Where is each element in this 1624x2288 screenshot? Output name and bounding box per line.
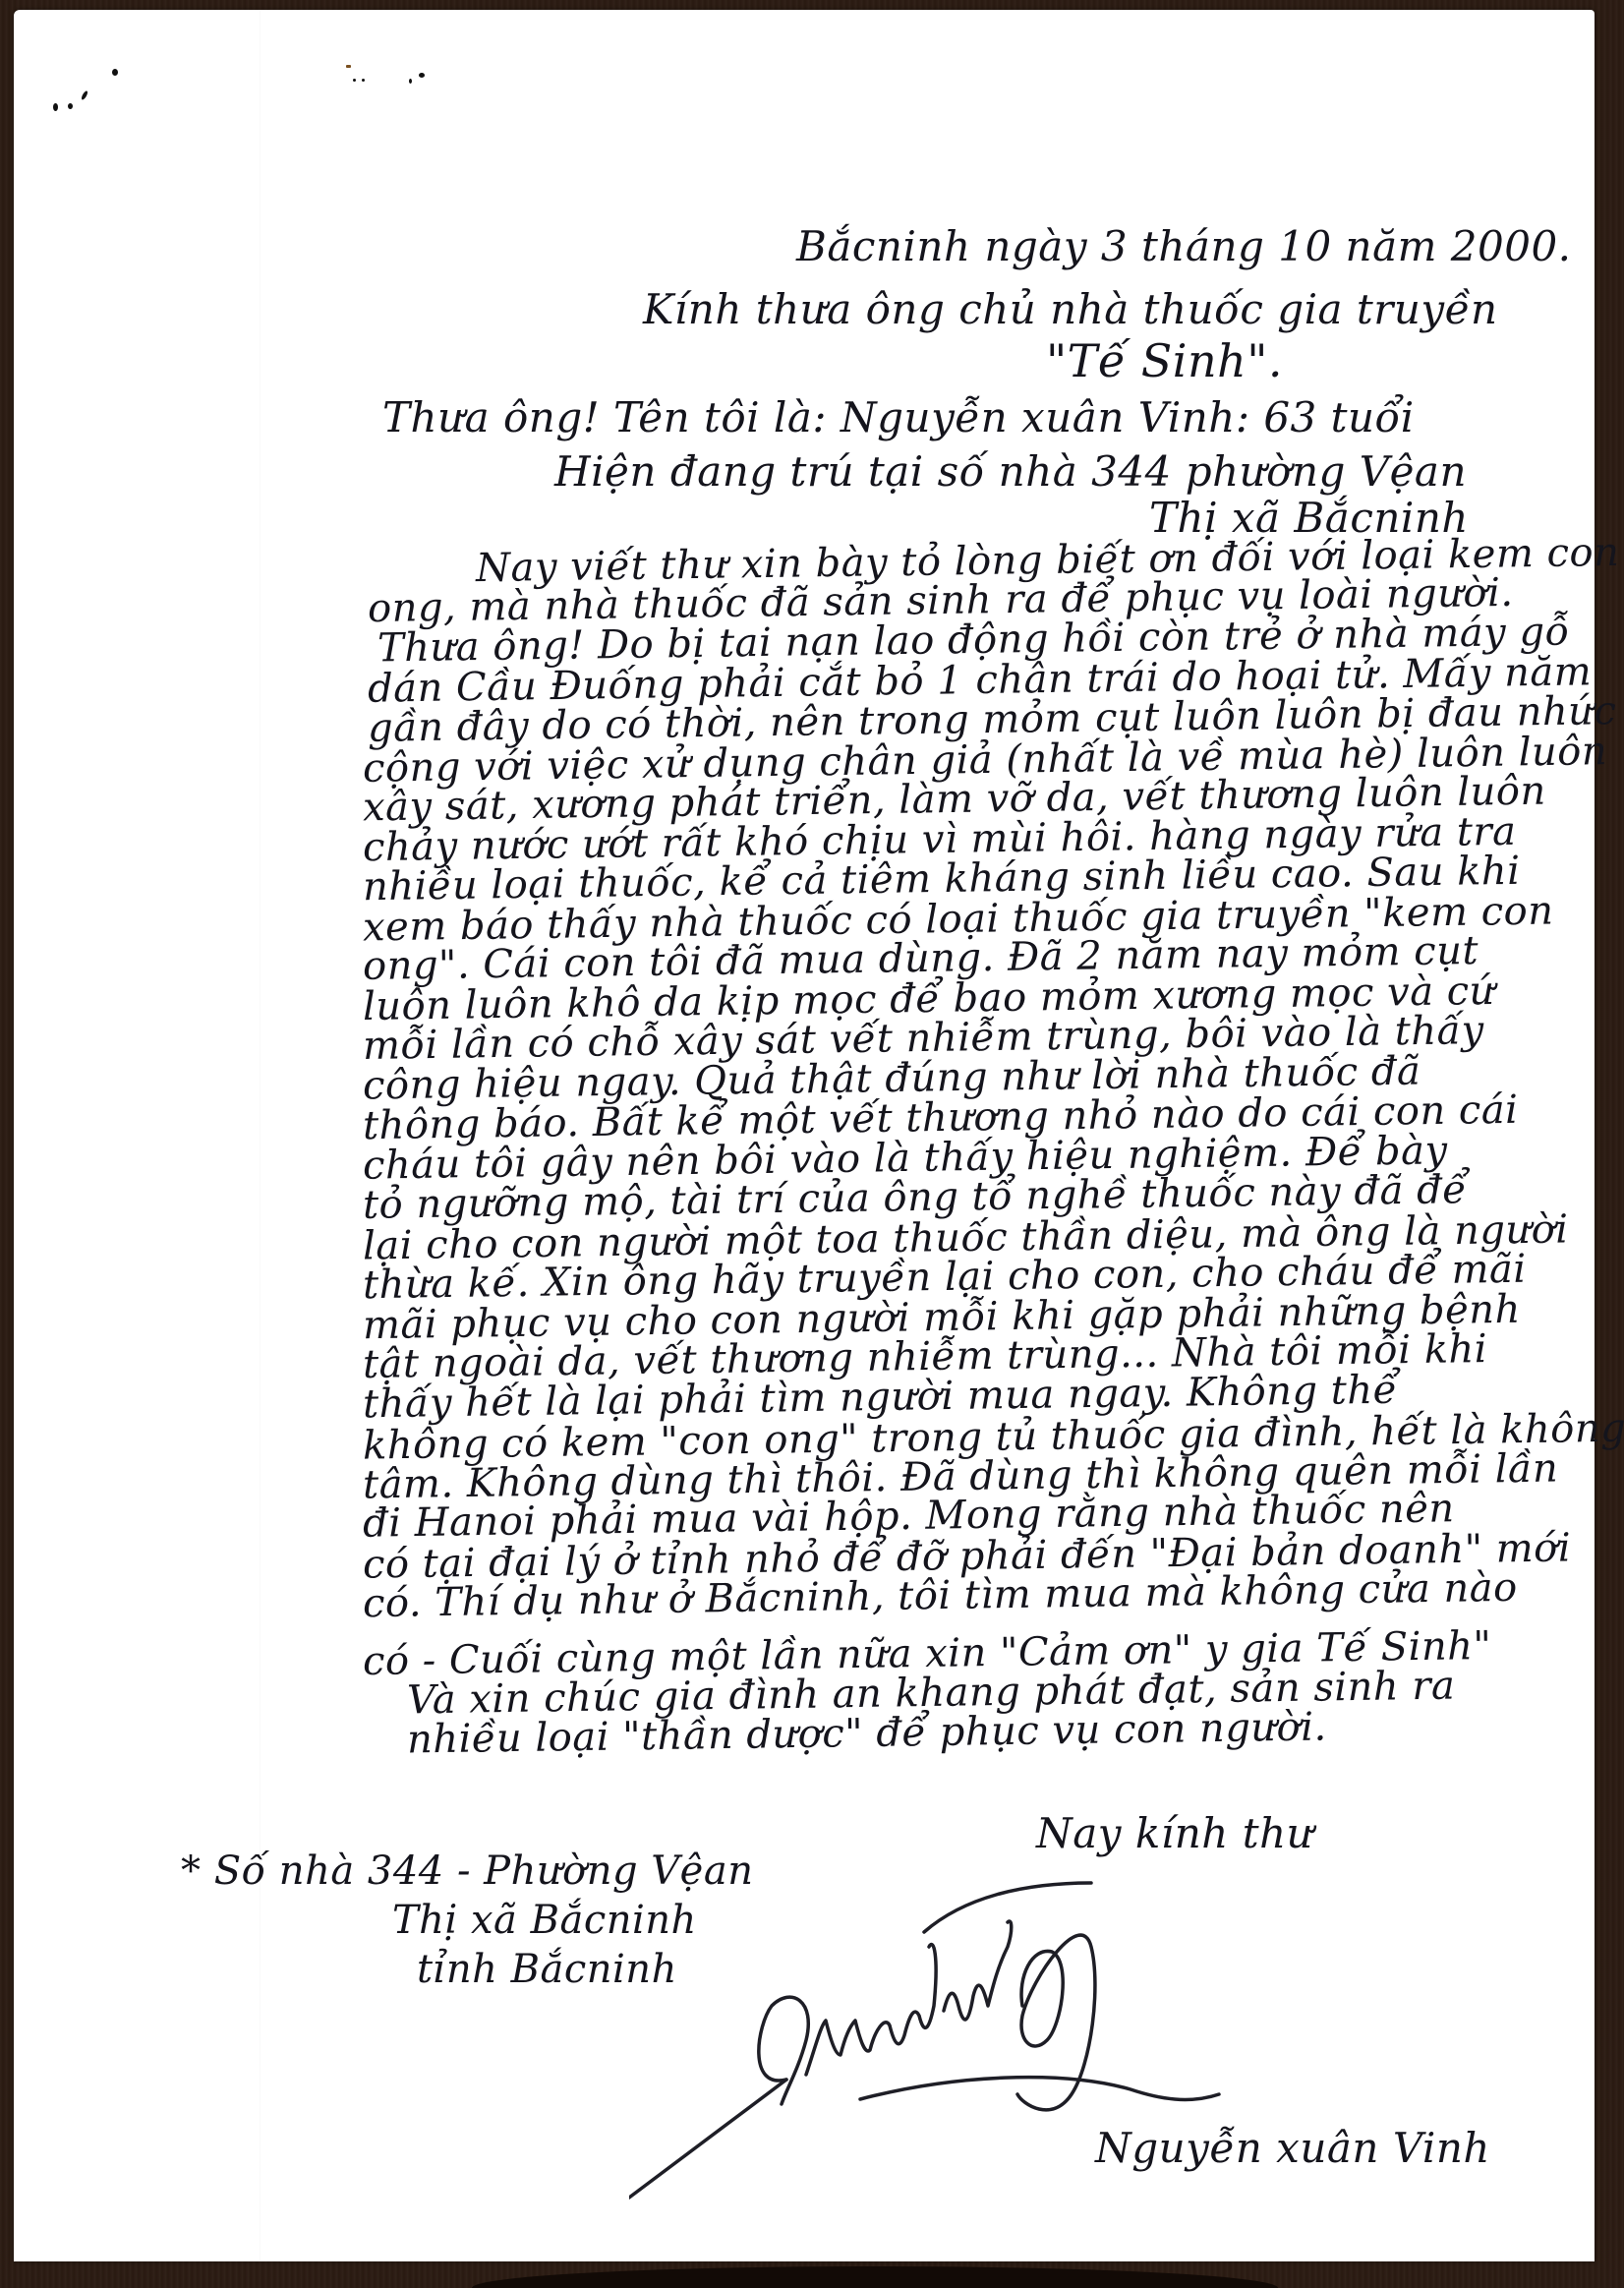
closing: Nay kính thư xyxy=(1036,1809,1313,1857)
greeting-intro: Thưa ông! Tên tôi là: Nguyễn xuân Vinh: … xyxy=(382,393,1415,441)
addressee: Kính thưa ông chủ nhà thuốc gia truyền xyxy=(643,285,1498,333)
place-date: Bắcninh ngày 3 tháng 10 năm 2000. xyxy=(796,222,1572,270)
ink-speck xyxy=(81,90,88,101)
residence-line: Hiện đang trú tại số nhà 344 phường Vệan xyxy=(554,447,1467,496)
ink-speck xyxy=(409,79,412,84)
ink-speck xyxy=(362,79,365,82)
ink-speck xyxy=(112,69,118,76)
ink-speck xyxy=(68,103,73,109)
letter-body-line: nhiều loại "thần dược" để phục vụ con ng… xyxy=(407,1707,1327,1759)
addressee-name: "Tế Sinh". xyxy=(1046,334,1283,387)
ink-speck xyxy=(53,103,58,111)
signature: Xuân Vinh xyxy=(629,1868,1612,2281)
ink-speck xyxy=(346,65,351,68)
ink-speck xyxy=(353,79,356,82)
ink-speck xyxy=(419,73,425,78)
